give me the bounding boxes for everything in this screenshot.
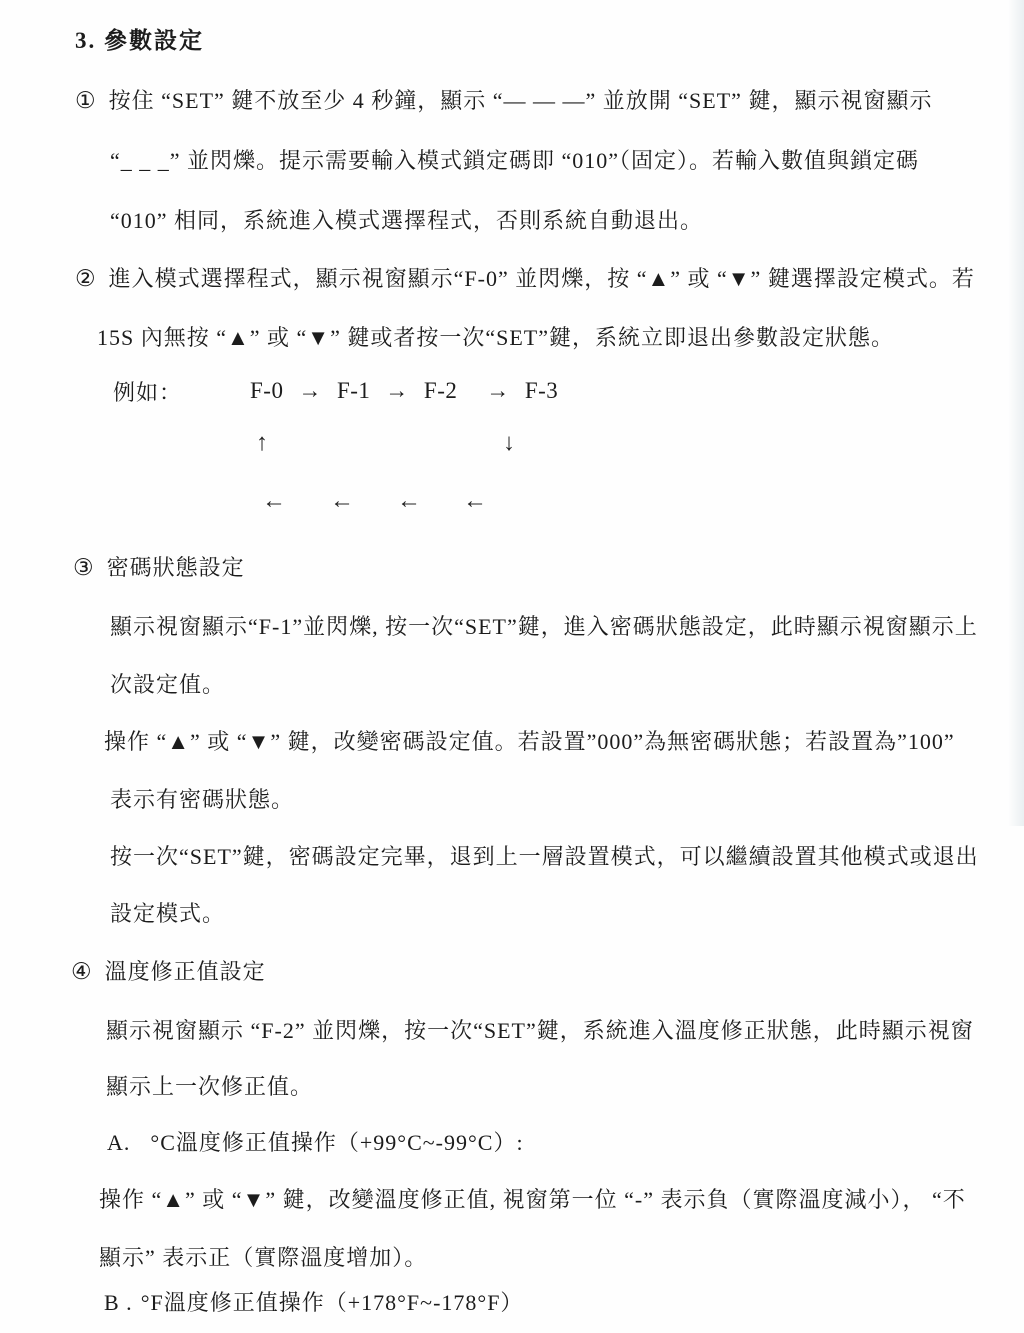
item4-opA-line1: 操作 “▲” 或 “▼” 鍵，改變溫度修正值, 視窗第一位 “-” 表示負（實際… [99, 1185, 966, 1215]
sub-item-b-label: B . [104, 1288, 133, 1318]
left-arrow-icon: ← [330, 488, 354, 515]
left-arrow-icon: ← [463, 488, 487, 515]
item1-line3: “010” 相同，系統進入模式選擇程式，否則系統自動退出。 [110, 206, 703, 236]
item2-line2: 15S 內無按 “▲” 或 “▼” 鍵或者按一次“SET”鍵，系統立即退出參數設… [97, 323, 894, 353]
up-arrow-icon: ↑ [256, 430, 268, 457]
sub-item-b: B .°F溫度修正值操作（+178°F~-178°F） [104, 1288, 523, 1318]
item4-opA-line2: 顯示” 表示正（實際溫度增加）。 [99, 1243, 427, 1273]
item3-line1: 顯示視窗顯示“F-1”並閃爍, 按一次“SET”鍵，進入密碼狀態設定，此時顯示視… [110, 612, 978, 642]
right-arrow-icon: → [385, 378, 409, 404]
item2-line1-text: 進入模式選擇程式，顯示視窗顯示“F-0” 並閃爍，按 “▲” 或 “▼” 鍵選擇… [109, 266, 975, 291]
item1-line1: ①按住 “SET” 鍵不放至少 4 秒鐘，顯示 “— — —” 並放開 “SET… [75, 86, 932, 116]
item3-line3: 操作 “▲” 或 “▼” 鍵，改變密碼設定值。若設置”000”為無密碼狀態；若設… [104, 727, 955, 757]
flow-node-f3: F-3 [525, 378, 558, 404]
flow-node-f1: F-1 [337, 378, 370, 404]
right-arrow-icon: → [486, 378, 510, 404]
scan-edge-artifact [1008, 0, 1024, 826]
item2-line1: ②進入模式選擇程式，顯示視窗顯示“F-0” 並閃爍，按 “▲” 或 “▼” 鍵選… [75, 264, 975, 294]
scanned-manual-page: 3. 參數設定 ①按住 “SET” 鍵不放至少 4 秒鐘，顯示 “— — —” … [0, 0, 1024, 1333]
item1-line1-text: 按住 “SET” 鍵不放至少 4 秒鐘，顯示 “— — —” 並放開 “SET”… [109, 88, 933, 113]
sub-item-a-text: °C溫度修正值操作（+99°C~-99°C）: [150, 1130, 523, 1155]
item3-line4: 表示有密碼狀態。 [110, 785, 294, 815]
item4-line1: 顯示視窗顯示 “F-2” 並閃爍，按一次“SET”鍵，系統進入溫度修正狀態，此時… [106, 1016, 974, 1046]
sub-item-a: A.°C溫度修正值操作（+99°C~-99°C）: [107, 1128, 524, 1158]
sub-item-a-label: A. [107, 1128, 130, 1158]
item3-line2: 次設定值。 [110, 670, 225, 700]
sub-item-b-text: °F溫度修正值操作（+178°F~-178°F） [141, 1290, 524, 1315]
item4-line2: 顯示上一次修正值。 [106, 1072, 313, 1102]
section-title: 3. 參數設定 [75, 26, 204, 56]
item1-line2: “_ _ _” 並閃爍。提示需要輸入模式鎖定碼即 “010”（固定）。若輸入數值… [110, 146, 919, 176]
example-label: 例如： [113, 378, 182, 408]
item3-heading-text: 密碼狀態設定 [107, 555, 245, 580]
left-arrow-icon: ← [262, 488, 286, 515]
item4-heading-text: 溫度修正值設定 [105, 959, 266, 984]
item1-marker: ① [75, 86, 97, 116]
item3-marker: ③ [73, 553, 95, 583]
right-arrow-icon: → [298, 378, 322, 404]
flow-node-f0: F-0 [250, 378, 283, 404]
down-arrow-icon: ↓ [503, 430, 515, 457]
item4-heading: ④溫度修正值設定 [71, 957, 266, 987]
item3-heading: ③密碼狀態設定 [73, 553, 245, 583]
item4-marker: ④ [71, 957, 93, 987]
flow-node-f2: F-2 [424, 378, 457, 404]
left-arrow-icon: ← [397, 488, 421, 515]
item2-marker: ② [75, 264, 97, 294]
item3-line5: 按一次“SET”鍵，密碼設定完畢，退到上一層設置模式，可以繼續設置其他模式或退出 [110, 842, 979, 872]
mode-flow-diagram: F-0 → F-1 → F-2 → F-3 [250, 378, 573, 404]
item3-line6: 設定模式。 [110, 899, 225, 929]
